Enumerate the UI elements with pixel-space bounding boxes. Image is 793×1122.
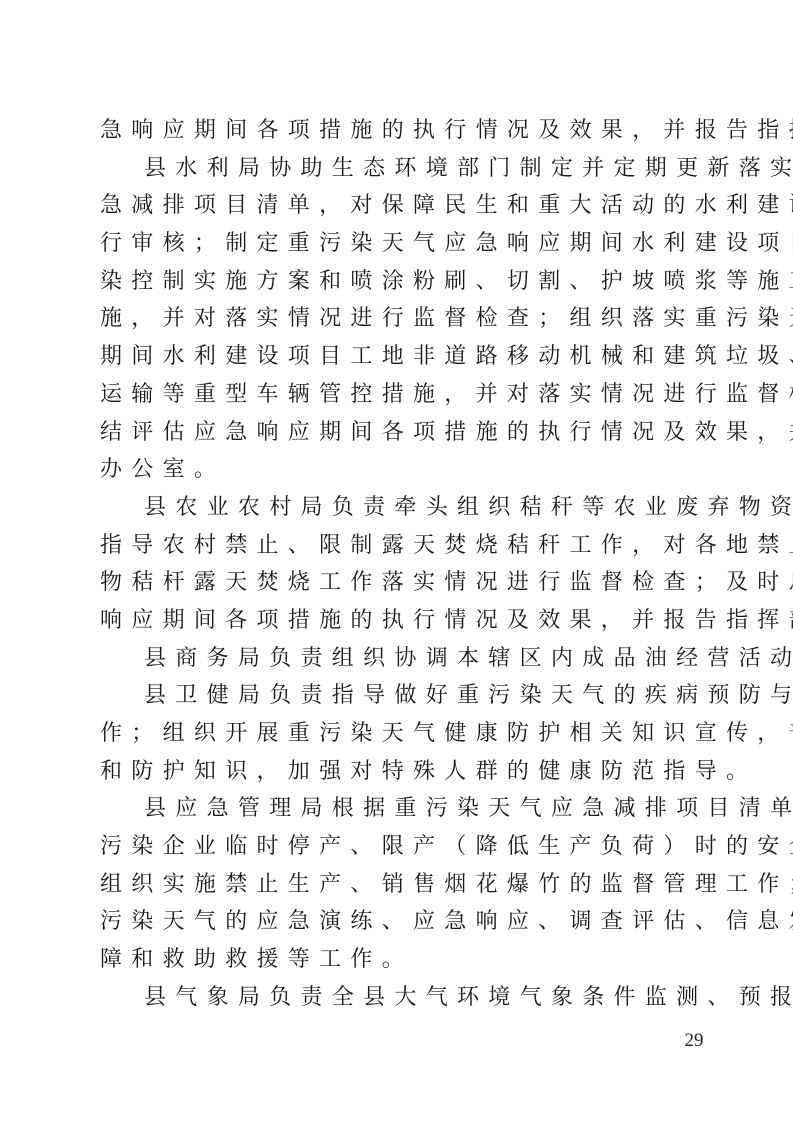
text-line: 县卫健局负责指导做好重污染天气的疾病预防与医疗救治工	[100, 677, 700, 715]
text-line: 县农业农村局负责牵头组织秸秆等农业废弃物资源化利用；	[100, 489, 700, 527]
text-line: 县应急管理局根据重污染天气应急减排项目清单，做好重点	[100, 790, 700, 828]
text-line: 县气象局负责全县大气环境气象条件监测、预报、分析，会	[100, 979, 700, 1017]
text-line: 急响应期间各项措施的执行情况及效果，并报告指挥部办公室。	[100, 112, 700, 150]
text-line: 县商务局负责组织协调本辖区内成品油经营活动的监督管理。	[100, 640, 700, 678]
text-line: 障和救助救援等工作。	[100, 941, 700, 979]
page-number: 29	[674, 1030, 714, 1052]
text-line: 行审核；制定重污染天气应急响应期间水利建设项目工地扬尘污	[100, 225, 700, 263]
text-line: 运输等重型车辆管控措施，并对落实情况进行监督检查；及时总	[100, 376, 700, 414]
text-line: 县水利局协助生态环境部门制定并定期更新落实水利建设应	[100, 150, 700, 188]
text-line: 指导农村禁止、限制露天焚烧秸秆工作，对各地禁止、限制农作	[100, 527, 700, 565]
text-line: 响应期间各项措施的执行情况及效果，并报告指挥部办公室。	[100, 602, 700, 640]
text-line: 办公室。	[100, 451, 700, 489]
text-line: 作；组织开展重污染天气健康防护相关知识宣传，普及科学健康	[100, 715, 700, 753]
text-line: 污染天气的应急演练、应急响应、调查评估、信息发布、应急保	[100, 903, 700, 941]
text-line: 污染企业临时停产、限产（降低生产负荷）时的安全生产工作；	[100, 828, 700, 866]
text-line: 染控制实施方案和喷涂粉刷、切割、护坡喷浆等施工过程管控措	[100, 263, 700, 301]
text-line: 和防护知识，加强对特殊人群的健康防范指导。	[100, 753, 700, 791]
text-line: 物秸杆露天焚烧工作落实情况进行监督检查；及时总结评估应急	[100, 564, 700, 602]
body-text: 急响应期间各项措施的执行情况及效果，并报告指挥部办公室。 县水利局协助生态环境部…	[100, 112, 700, 1017]
text-line: 结评估应急响应期间各项措施的执行情况及效果，并报告指挥部	[100, 414, 700, 452]
document-page: 急响应期间各项措施的执行情况及效果，并报告指挥部办公室。 县水利局协助生态环境部…	[0, 0, 793, 1122]
text-line: 施，并对落实情况进行监督检查；组织落实重污染天气应急响应	[100, 300, 700, 338]
text-line: 急减排项目清单，对保障民生和重大活动的水利建设项目名单进	[100, 187, 700, 225]
text-line: 组织实施禁止生产、销售烟花爆竹的监督管理工作；配合做好重	[100, 866, 700, 904]
text-line: 期间水利建设项目工地非道路移动机械和建筑垃圾、渣土、砂石	[100, 338, 700, 376]
